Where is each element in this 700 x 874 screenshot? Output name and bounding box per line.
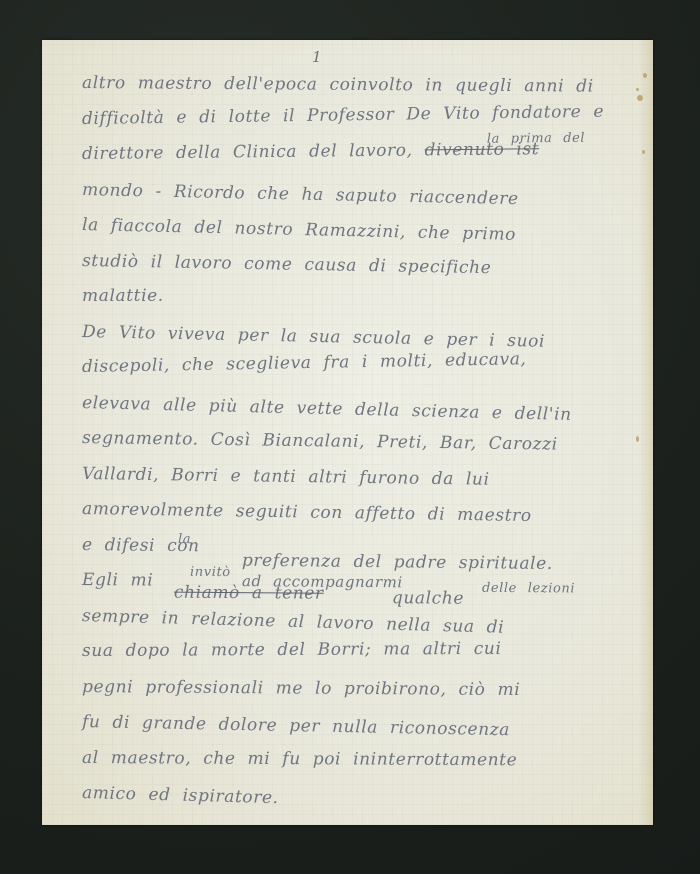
page-number: 1 — [312, 48, 322, 66]
inserted-text: ad accompagnarmi — [242, 566, 403, 597]
text-line: al maestro, che mi fu poi ininterrottame… — [82, 743, 638, 781]
text-line: direttore della Clinica del lavoro, dive… — [82, 133, 638, 174]
text-line: malattie. — [82, 281, 638, 317]
inserted-text: la prima del — [487, 124, 586, 155]
text-line: Egli mi invitò chiamò a tener ad accompa… — [82, 565, 638, 604]
foxing-stain — [642, 150, 645, 154]
text-line: pegni professionali me lo proibirono, ci… — [82, 672, 638, 711]
inserted-text: la — [178, 525, 191, 555]
handwritten-text: altro maestro dell'epoca coinvolto in qu… — [82, 68, 638, 814]
text-line: sua dopo la morte del Borri; ma altri cu… — [82, 633, 638, 671]
inserted-text: delle lezioni — [482, 574, 575, 605]
foxing-stain — [643, 73, 647, 78]
text-line: amico ed ispiratore. — [82, 778, 639, 828]
letter-page: 1 altro maestro dell'epoca coinvolto in … — [42, 40, 653, 825]
